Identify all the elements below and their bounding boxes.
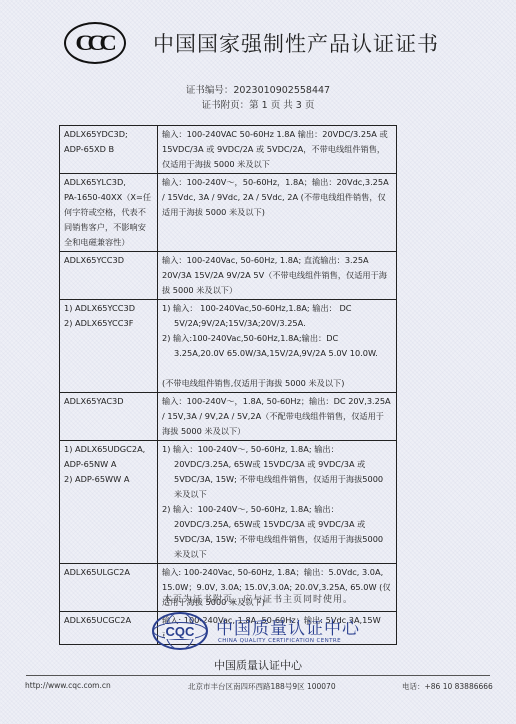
footer-address: 北京市丰台区南四环西路188号9区 100070 xyxy=(188,681,336,692)
model-name: ADLX65UCGC2A xyxy=(64,613,152,628)
model-cell: 1) ADLX65YCC3D2) ADLX65YCC3F xyxy=(60,300,158,393)
model-name: 2) ADP-65WW A xyxy=(64,472,152,487)
model-name: 2) ADLX65YCC3F xyxy=(64,316,152,331)
spec-text: 输入：100-240VAC 50-60Hz 1.8A 输出：20VDC/3.25… xyxy=(162,127,391,172)
spec-text: 输入：100-240Vac, 50-60Hz, 1.8A; 直流输出：3.25A… xyxy=(162,253,391,298)
certificate-number: 证书编号：2023010902558447 xyxy=(0,82,516,96)
model-cell: ADLX65YAC3D xyxy=(60,393,158,441)
model-name: 1) ADLX65YCC3D xyxy=(64,301,152,316)
table-row: ADLX65YDC3D;ADP-65XD B输入：100-240VAC 50-6… xyxy=(60,126,397,174)
page-title: 中国国家强制性产品认证证书 xyxy=(153,28,439,58)
model-name: 1) ADLX65UDGC2A, xyxy=(64,442,152,457)
footer-phone: 电话：+86 10 83886666 xyxy=(402,681,493,692)
certificate-number-label: 证书编号： xyxy=(186,85,234,96)
model-name: ADP-65XD B xyxy=(64,142,152,157)
certificate-number-value: 2023010902558447 xyxy=(233,85,330,96)
table-row: ADLX65YCC3D输入：100-240Vac, 50-60Hz, 1.8A;… xyxy=(60,252,397,300)
header: CCC 中国国家强制性产品认证证书 xyxy=(60,18,480,70)
cqc-logo: CQC 中国质量认证中心 CHINA QUALITY CERTIFICATION… xyxy=(152,612,372,652)
model-cell: 1) ADLX65UDGC2A, ADP-65NW A2) ADP-65WW A xyxy=(60,441,158,564)
cqc-globe-icon: CQC xyxy=(152,612,208,650)
spec-cell: 输入：100-240V～，1.8A, 50-60Hz；输出：DC 20V,3.2… xyxy=(158,393,397,441)
issuer-name-en: CHINA QUALITY CERTIFICATION CENTRE xyxy=(218,638,341,644)
model-name: ADLX65ULGC2A xyxy=(64,565,152,580)
model-name: ADLX65YLC3D, xyxy=(64,175,152,190)
issuer-name-cn: 中国质量认证中心 xyxy=(216,614,360,639)
table-row: 1) ADLX65UDGC2A, ADP-65NW A2) ADP-65WW A… xyxy=(60,441,397,564)
spec-cell: 1) 输入： 100-240Vac,50-60Hz,1.8A; 输出： DC 5… xyxy=(158,300,397,393)
spec-text: 1) 输入： 100-240Vac,50-60Hz,1.8A; 输出： DC 5… xyxy=(162,301,391,331)
spec-text xyxy=(162,361,391,376)
spec-text: (不带电线组件销售,仅适用于海拔 5000 米及以下) xyxy=(162,376,391,391)
spec-text: 2) 输入:100-240Vac,50-60Hz,1.8A;输出：DC 3.25… xyxy=(162,331,391,361)
spec-text: 2) 输入：100-240V～, 50-60Hz, 1.8A; 输出：20VDC… xyxy=(162,502,391,562)
footer-url-link[interactable]: http://www.cqc.com.cn xyxy=(25,681,111,690)
certificate-page: CCC 中国国家强制性产品认证证书 证书编号：2023010902558447 … xyxy=(0,0,516,724)
spec-text: 输入：100-240V～，1.8A, 50-60Hz；输出：DC 20V,3.2… xyxy=(162,394,391,439)
spec-text: 1) 输入：100-240V～, 50-60Hz, 1.8A; 输出：20VDC… xyxy=(162,442,391,502)
model-name: ADP-65NW A xyxy=(64,457,152,472)
certificate-page-info: 证书附页：第 1 页 共 3 页 xyxy=(0,97,516,111)
model-name: ADLX65YAC3D xyxy=(64,394,152,409)
appendix-note: 本页为证书附页，应与证书主页同时使用。 xyxy=(0,592,516,605)
model-name: ADLX65YDC3D; xyxy=(64,127,152,142)
ccc-logo-icon: CCC xyxy=(64,22,126,64)
table-row: ADLX65YLC3D,PA-1650-40XX（X=任何字符或空格，代表不同销… xyxy=(60,174,397,252)
issuer-signature: 中国质量认证中心 xyxy=(0,657,516,673)
spec-cell: 1) 输入：100-240V～, 50-60Hz, 1.8A; 输出：20VDC… xyxy=(158,441,397,564)
table-row: ADLX65YAC3D输入：100-240V～，1.8A, 50-60Hz；输出… xyxy=(60,393,397,441)
spec-cell: 输入：100-240V～，50-60Hz，1.8A；输出：20Vdc,3.25A… xyxy=(158,174,397,252)
spec-cell: 输入：100-240Vac, 50-60Hz, 1.8A; 直流输出：3.25A… xyxy=(158,252,397,300)
spec-text: 输入：100-240V～，50-60Hz，1.8A；输出：20Vdc,3.25A… xyxy=(162,175,391,220)
model-spec-table: ADLX65YDC3D;ADP-65XD B输入：100-240VAC 50-6… xyxy=(59,125,397,645)
spec-cell: 输入：100-240VAC 50-60Hz 1.8A 输出：20VDC/3.25… xyxy=(158,126,397,174)
model-cell: ADLX65YDC3D;ADP-65XD B xyxy=(60,126,158,174)
footer-divider xyxy=(26,675,490,676)
table-row: 1) ADLX65YCC3D2) ADLX65YCC3F1) 输入： 100-2… xyxy=(60,300,397,393)
model-cell: ADLX65YLC3D,PA-1650-40XX（X=任何字符或空格，代表不同销… xyxy=(60,174,158,252)
model-name: PA-1650-40XX（X=任何字符或空格，代表不同销售客户，不影响安全和电磁… xyxy=(64,190,152,250)
model-cell: ADLX65YCC3D xyxy=(60,252,158,300)
model-cell: ADLX65UCGC2A xyxy=(60,612,158,645)
model-name: ADLX65YCC3D xyxy=(64,253,152,268)
